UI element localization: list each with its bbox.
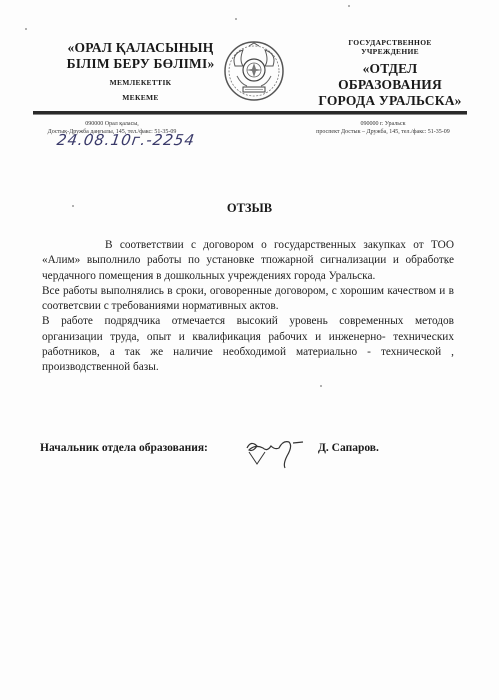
header-divider (33, 111, 467, 115)
org-name-ru-line1: «ОТДЕЛ ОБРАЗОВАНИЯ (310, 61, 470, 93)
paragraph-3: В работе подрядчика отмечается высокий у… (42, 314, 454, 375)
org-type-kz-line1: МЕМЛЕКЕТТІК (58, 78, 223, 87)
address-kz-line1: 090000 Орал қаласы, (37, 120, 187, 128)
signatory-name: Д. Сапаров. (318, 442, 379, 454)
handwritten-reference-number: 24.08.10г.-2254 (56, 131, 197, 149)
scan-speck (348, 5, 350, 7)
org-type-ru-line1: ГОСУДАРСТВЕННОЕ (310, 38, 470, 47)
org-name-kz-line2: БІЛІМ БЕРУ БӨЛІМІ» (58, 56, 223, 72)
org-type-kz-line2: МЕКЕМЕ (58, 93, 223, 102)
org-name-kz-line1: «ОРАЛ ҚАЛАСЫНЫҢ (58, 40, 223, 56)
header-left-kazakh: «ОРАЛ ҚАЛАСЫНЫҢ БІЛІМ БЕРУ БӨЛІМІ» МЕМЛЕ… (58, 40, 223, 102)
address-ru-line2: проспект Достык – Дружба, 145, тел./факс… (283, 128, 483, 136)
handwritten-signature-icon (243, 434, 315, 470)
paragraph-2: Все работы выполнялись в сроки, оговорен… (42, 284, 454, 315)
paragraph-1: В соответствии с договором о государстве… (42, 238, 454, 284)
signature-block: Начальник отдела образования: Д. Сапаров… (40, 440, 440, 470)
scan-speck (25, 28, 27, 30)
header-right-russian: ГОСУДАРСТВЕННОЕ УЧРЕЖДЕНИЕ «ОТДЕЛ ОБРАЗО… (310, 38, 470, 109)
document-title: ОТЗЫВ (0, 201, 499, 216)
scan-speck (445, 262, 447, 264)
scan-speck (235, 18, 237, 20)
document-page: «ОРАЛ ҚАЛАСЫНЫҢ БІЛІМ БЕРУ БӨЛІМІ» МЕМЛЕ… (0, 0, 499, 700)
signatory-position: Начальник отдела образования: (40, 442, 208, 454)
org-type-ru-line2: УЧРЕЖДЕНИЕ (310, 47, 470, 56)
address-ru-line1: 090000 г. Уральск (283, 120, 483, 128)
document-body: В соответствии с договором о государстве… (42, 238, 454, 376)
state-emblem-icon (223, 40, 285, 102)
org-name-ru-line2: ГОРОДА УРАЛЬСКА» (310, 93, 470, 109)
address-russian: 090000 г. Уральск проспект Достык – Друж… (283, 120, 483, 136)
scan-speck (320, 385, 322, 387)
scan-speck (72, 205, 74, 207)
